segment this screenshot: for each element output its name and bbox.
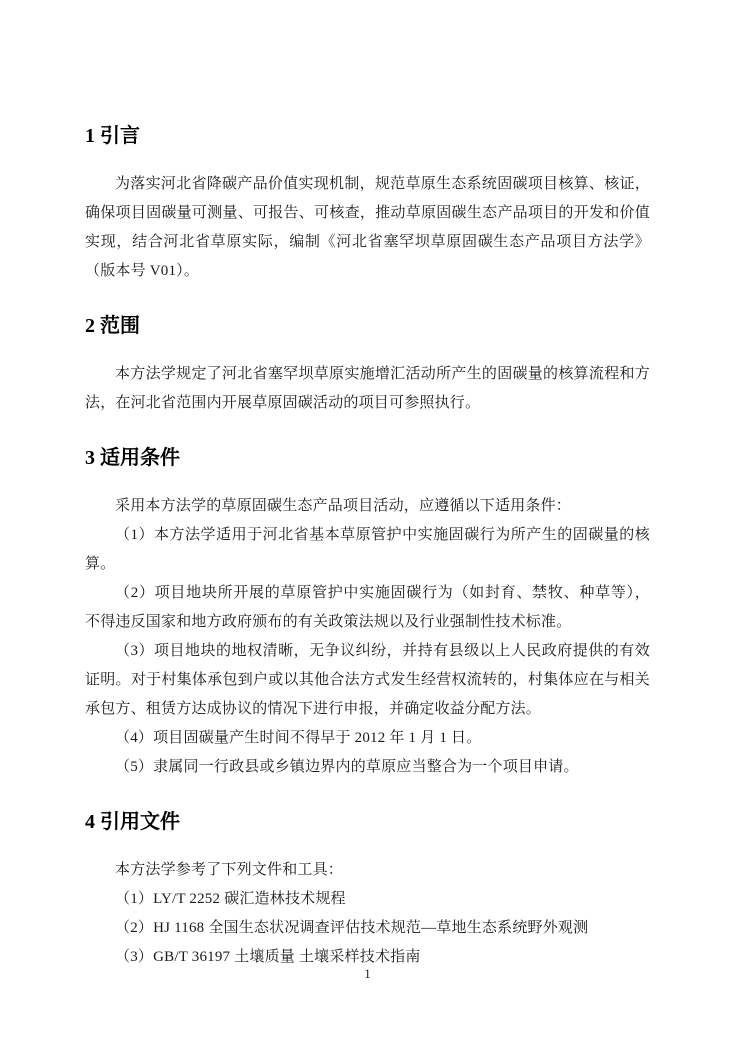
paragraph: （3）项目地块的地权清晰，无争议纠纷，并持有县级以上人民政府提供的有效证明。对于… bbox=[85, 637, 650, 724]
paragraph: 本方法学参考了下列文件和工具： bbox=[85, 856, 650, 885]
paragraph: 本方法学规定了河北省塞罕坝草原实施增汇活动所产生的固碳量的核算流程和方法，在河北… bbox=[85, 360, 650, 418]
paragraph: （1）LY/T 2252 碳汇造林技术规程 bbox=[85, 885, 650, 914]
text-line: 实现，结合河北省草原实际，编制《河北省塞罕坝草原固碳生态产品项目方法学》 bbox=[85, 228, 650, 257]
document-section: 2 范围本方法学规定了河北省塞罕坝草原实施增汇活动所产生的固碳量的核算流程和方法… bbox=[85, 314, 650, 418]
document-page: 1 引言为落实河北省降碳产品价值实现机制，规范草原生态系统固碳项目核算、核证，确… bbox=[0, 0, 735, 1041]
document-content: 1 引言为落实河北省降碳产品价值实现机制，规范草原生态系统固碳项目核算、核证，确… bbox=[85, 0, 650, 972]
text-line: （1）本方法学适用于河北省基本草原管护中实施固碳行为所产生的固碳量的核 bbox=[85, 521, 650, 550]
text-line: 确保项目固碳量可测量、可报告、可核查，推动草原固碳生态产品项目的开发和价值 bbox=[85, 199, 650, 228]
paragraph: 为落实河北省降碳产品价值实现机制，规范草原生态系统固碳项目核算、核证，确保项目固… bbox=[85, 170, 650, 286]
text-line: （1）LY/T 2252 碳汇造林技术规程 bbox=[85, 885, 650, 914]
page-number: 1 bbox=[364, 966, 371, 981]
text-line: 法，在河北省范围内开展草原固碳活动的项目可参照执行。 bbox=[85, 389, 650, 418]
text-line: 算。 bbox=[85, 550, 650, 579]
document-section: 1 引言为落实河北省降碳产品价值实现机制，规范草原生态系统固碳项目核算、核证，确… bbox=[85, 124, 650, 286]
page-footer: 1 bbox=[0, 964, 735, 984]
text-line: 采用本方法学的草原固碳生态产品项目活动，应遵循以下适用条件： bbox=[85, 492, 650, 521]
text-line: （5）隶属同一行政县或乡镇边界内的草原应当整合为一个项目申请。 bbox=[85, 753, 650, 782]
document-section: 4 引用文件本方法学参考了下列文件和工具：（1）LY/T 2252 碳汇造林技术… bbox=[85, 810, 650, 972]
text-line: 承包方、租赁方达成协议的情况下进行申报，并确定收益分配方法。 bbox=[85, 695, 650, 724]
paragraph: 采用本方法学的草原固碳生态产品项目活动，应遵循以下适用条件： bbox=[85, 492, 650, 521]
text-line: （2）HJ 1168 全国生态状况调查评估技术规范—草地生态系统野外观测 bbox=[85, 914, 650, 943]
paragraph: （2）HJ 1168 全国生态状况调查评估技术规范—草地生态系统野外观测 bbox=[85, 914, 650, 943]
text-line: （2）项目地块所开展的草原管护中实施固碳行为（如封育、禁牧、种草等）， bbox=[85, 579, 650, 608]
text-line: （3）项目地块的地权清晰，无争议纠纷，并持有县级以上人民政府提供的有效 bbox=[85, 637, 650, 666]
text-line: 为落实河北省降碳产品价值实现机制，规范草原生态系统固碳项目核算、核证， bbox=[85, 170, 650, 199]
paragraph: （1）本方法学适用于河北省基本草原管护中实施固碳行为所产生的固碳量的核算。 bbox=[85, 521, 650, 579]
document-section: 3 适用条件采用本方法学的草原固碳生态产品项目活动，应遵循以下适用条件：（1）本… bbox=[85, 446, 650, 782]
text-line: 本方法学参考了下列文件和工具： bbox=[85, 856, 650, 885]
paragraph: （2）项目地块所开展的草原管护中实施固碳行为（如封育、禁牧、种草等），不得违反国… bbox=[85, 579, 650, 637]
text-line: 不得违反国家和地方政府颁布的有关政策法规以及行业强制性技术标准。 bbox=[85, 608, 650, 637]
text-line: （4）项目固碳量产生时间不得早于 2012 年 1 月 1 日。 bbox=[85, 724, 650, 753]
paragraph: （4）项目固碳量产生时间不得早于 2012 年 1 月 1 日。 bbox=[85, 724, 650, 753]
text-line: （版本号 V01）。 bbox=[85, 257, 650, 286]
section-heading: 2 范围 bbox=[85, 314, 650, 338]
paragraph: （5）隶属同一行政县或乡镇边界内的草原应当整合为一个项目申请。 bbox=[85, 753, 650, 782]
text-line: 证明。对于村集体承包到户或以其他合法方式发生经营权流转的，村集体应在与相关 bbox=[85, 666, 650, 695]
section-heading: 3 适用条件 bbox=[85, 446, 650, 470]
section-heading: 1 引言 bbox=[85, 124, 650, 148]
text-line: 本方法学规定了河北省塞罕坝草原实施增汇活动所产生的固碳量的核算流程和方 bbox=[85, 360, 650, 389]
section-heading: 4 引用文件 bbox=[85, 810, 650, 834]
